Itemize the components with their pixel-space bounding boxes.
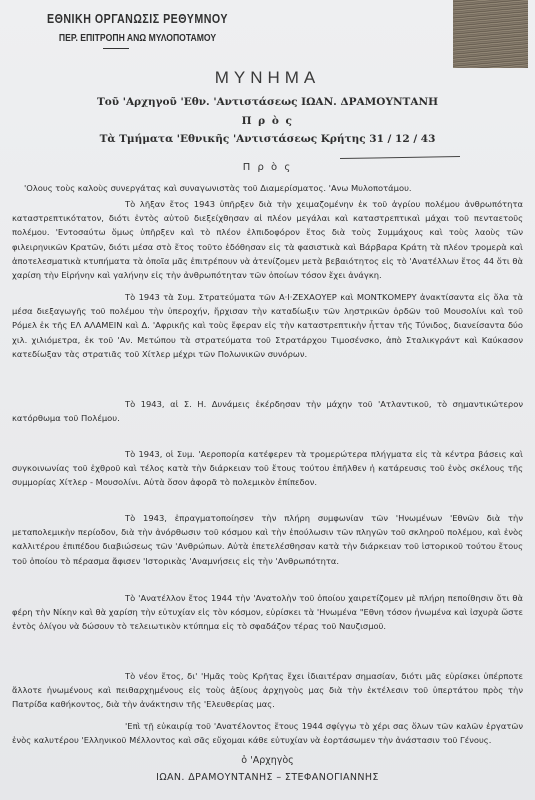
paragraph-text: Τὸ 'Ανατέλλον ἔτος 1944 τὴν 'Ανατολὴν το… [12,591,523,634]
addressee-label: Π ρ ὸ ς [0,162,535,173]
salutation: 'Ολους τοὺς καλοὺς συνεργάτας καὶ συναγω… [0,181,523,195]
recipient-line: Τὰ Τμήματα 'Εθνικῆς 'Αντιστάσεως Κρήτης … [0,133,535,145]
document-title: ΜΥΝΗΜΑ [0,68,535,88]
paragraph-5: Τὸ 1943, ἐπραγματοποίησεν τὴν πλήρη συμφ… [0,511,523,568]
title-underline [340,156,460,159]
header-divider [103,48,129,49]
paragraph-7: Τὸ νέον ἔτος, δι' 'Ημᾶς τοὺς Κρῆτας ἔχει… [0,669,523,712]
paragraph-3: Τὸ 1943, αἱ Σ. Η. Δυνάμεις ἐκέρδησαν τὴν… [0,397,523,425]
paragraph-text: Τὸ 1943 τὰ Συμ. Στρατεύματα τῶν Α·Ι·ΖΕΧΑ… [12,290,523,361]
paragraph-text: Τὸ 1943, ἐπραγματοποίησεν τὴν πλήρη συμφ… [12,511,523,568]
signature-name: ΙΩΑΝ. ΔΡΑΜΟΥΝΤΑΝΗΣ – ΣΤΕΦΑΝΟΓΙΑΝΝΗΣ [0,772,535,783]
organization-committee: ΠΕΡ. ΕΠΙΤΡΟΠΗ ΑΝΩ ΜΥΛΟΠΟΤΑΜΟΥ [25,32,251,44]
paragraph-text: Τὸ λῆξαν ἔτος 1943 ὑπῆρξεν διὰ τὴν χειμα… [12,197,523,282]
paragraph-4: Τὸ 1943, οἱ Συμ. 'Αεροπορία κατέφερεν τὰ… [0,447,523,490]
scanned-document-page: ΕΘΝΙΚΗ ΟΡΓΑΝΩΣΙΣ ΡΕΘΥΜΝΟΥ ΠΕΡ. ΕΠΙΤΡΟΠΗ … [0,0,535,800]
paragraph-text: Τὸ νέον ἔτος, δι' 'Ημᾶς τοὺς Κρῆτας ἔχει… [12,669,523,712]
paragraph-8: 'Επὶ τῇ εὐκαιρίᾳ τοῦ 'Ανατέλοντος ἔτους … [0,719,523,747]
sender-line: Τοῦ 'Αρχηγοῦ 'Εθν. 'Αντιστάσεως ΙΩΑΝ. ΔΡ… [0,96,535,108]
paragraph-text: 'Επὶ τῇ εὐκαιρίᾳ τοῦ 'Ανατέλοντος ἔτους … [12,719,523,747]
paragraph-6: Τὸ 'Ανατέλλον ἔτος 1944 τὴν 'Ανατολὴν το… [0,591,523,634]
salutation-text: 'Ολους τοὺς καλοὺς συνεργάτας καὶ συναγω… [24,181,523,195]
stamp-patch [453,0,528,68]
paragraph-text: Τὸ 1943, αἱ Σ. Η. Δυνάμεις ἐκέρδησαν τὴν… [12,397,523,425]
paragraph-text: Τὸ 1943, οἱ Συμ. 'Αεροπορία κατέφερεν τὰ… [12,447,523,490]
paragraph-2: Τὸ 1943 τὰ Συμ. Στρατεύματα τῶν Α·Ι·ΖΕΧΑ… [0,290,523,361]
paragraph-1: Τὸ λῆξαν ἔτος 1943 ὑπῆρξεν διὰ τὴν χειμα… [0,197,523,282]
signature-role: ὁ 'Αρχηγὸς [0,755,535,766]
organization-name: ΕΘΝΙΚΗ ΟΡΓΑΝΩΣΙΣ ΡΕΘΥΜΝΟΥ [25,11,251,26]
to-word: Π ρ ὸ ς [0,115,535,127]
